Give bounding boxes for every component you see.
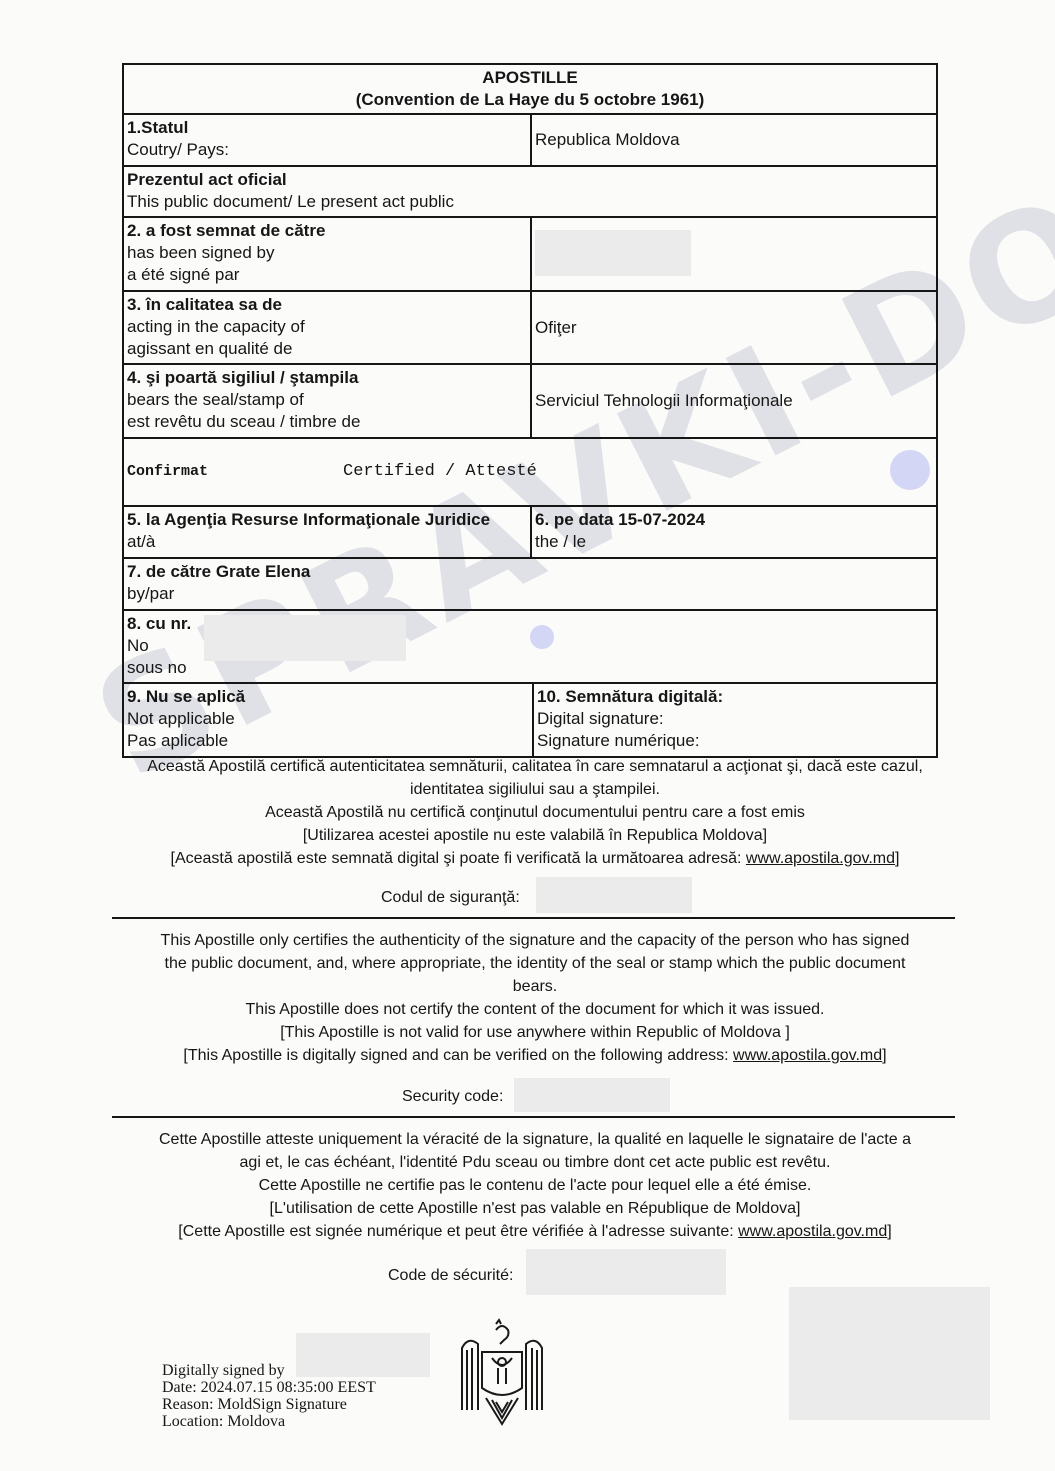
row-signed-by: 2. a fost semnat de către has been signe… [124, 216, 936, 290]
label-fr: agissant en qualité de [127, 338, 527, 360]
label-fr: a été signé par [127, 264, 527, 286]
digital-signature-label-fr: Signature numérique: [537, 730, 933, 752]
label-en: has been signed by [127, 242, 527, 264]
document-title: APOSTILLE [124, 67, 936, 89]
digital-signature-block: Digitally signed by Date: 2024.07.15 08:… [162, 1362, 376, 1430]
divider [112, 917, 955, 919]
label-en: Not applicable [127, 708, 529, 730]
moldova-coat-of-arms-icon [456, 1318, 548, 1428]
header-row: APOSTILLE (Convention de La Haye du 5 oc… [124, 65, 936, 113]
label-ro: 2. a fost semnat de către [127, 220, 527, 242]
capacity-value: Ofiţer [535, 317, 577, 339]
date-label-en-fr: the / le [535, 531, 933, 553]
signature-reason: Reason: MoldSign Signature [162, 1396, 376, 1413]
label-ro: 1.Statul [127, 117, 527, 139]
label-ro: 7. de către Grate Elena [127, 561, 933, 583]
certified-label-ro: Confirmat [127, 461, 343, 483]
signed-by: Digitally signed by [162, 1362, 376, 1379]
label-en-fr: Coutry/ Pays: [127, 139, 527, 161]
qr-code-redacted [789, 1287, 990, 1420]
row-country: 1.Statul Coutry/ Pays: Republica Moldova [124, 113, 936, 165]
digital-signature-label-en: Digital signature: [537, 708, 933, 730]
number-redacted [204, 615, 406, 661]
label-ro: Prezentul act oficial [127, 169, 933, 191]
fr-statement: Cette Apostille atteste uniquement la vé… [100, 1128, 970, 1243]
en-statement: This Apostille only certifies the authen… [100, 929, 970, 1067]
label-ro: 3. în calitatea sa de [127, 294, 527, 316]
security-code-redacted [536, 877, 692, 913]
seal-value: Serviciul Tehnologii Informaţionale [535, 390, 793, 412]
row-by: 7. de către Grate Elena by/par [124, 557, 936, 609]
signature-date: Date: 2024.07.15 08:35:00 EEST [162, 1379, 376, 1396]
row-certified: Confirmat Certified / Attesté [124, 437, 936, 505]
apostila-link[interactable]: www.apostila.gov.md [738, 1223, 887, 1240]
label-ro: 4. şi poartă sigiliul / ştampila [127, 367, 527, 389]
row-seal: 4. şi poartă sigiliul / ştampila bears t… [124, 363, 936, 437]
apostille-page: SPRAVKI-DOKI APOSTILLE (Convention de La… [0, 0, 1055, 1471]
label-en-fr: This public document/ Le present act pub… [127, 191, 933, 213]
signature-location: Location: Moldova [162, 1413, 376, 1430]
label-fr: est revêtu du sceau / timbre de [127, 411, 527, 433]
ro-statement: Această Apostilă certifică autenticitate… [100, 755, 970, 870]
country-value: Republica Moldova [535, 129, 680, 151]
row-na-signature: 9. Nu se aplică Not applicable Pas aplic… [124, 682, 936, 756]
date-label-ro: 6. pe data 15-07-2024 [535, 509, 933, 531]
security-code-redacted [526, 1249, 726, 1295]
row-document: Prezentul act oficial This public docume… [124, 165, 936, 216]
label-fr: Pas aplicable [127, 730, 529, 752]
security-code-redacted [514, 1078, 670, 1112]
label-en: bears the seal/stamp of [127, 389, 527, 411]
document-subtitle: (Convention de La Haye du 5 octobre 1961… [124, 89, 936, 111]
row-at-date: 5. la Agenţia Resurse Informaţionale Jur… [124, 505, 936, 557]
label-en-fr: at/à [127, 531, 527, 553]
apostille-table: APOSTILLE (Convention de La Haye du 5 oc… [122, 63, 938, 758]
row-number: 8. cu nr. No sous no [124, 609, 936, 682]
divider [112, 1116, 955, 1118]
apostila-link[interactable]: www.apostila.gov.md [746, 850, 895, 867]
label-en: acting in the capacity of [127, 316, 527, 338]
digital-signature-label-ro: 10. Semnătura digitală: [537, 686, 933, 708]
signer-name-redacted [535, 230, 691, 276]
label-en-fr: by/par [127, 583, 933, 605]
label-ro: 5. la Agenţia Resurse Informaţionale Jur… [127, 509, 527, 531]
row-capacity: 3. în calitatea sa de acting in the capa… [124, 290, 936, 363]
label-ro: 9. Nu se aplică [127, 686, 529, 708]
certified-label-en-fr: Certified / Attesté [343, 461, 537, 483]
apostila-link[interactable]: www.apostila.gov.md [733, 1047, 882, 1064]
